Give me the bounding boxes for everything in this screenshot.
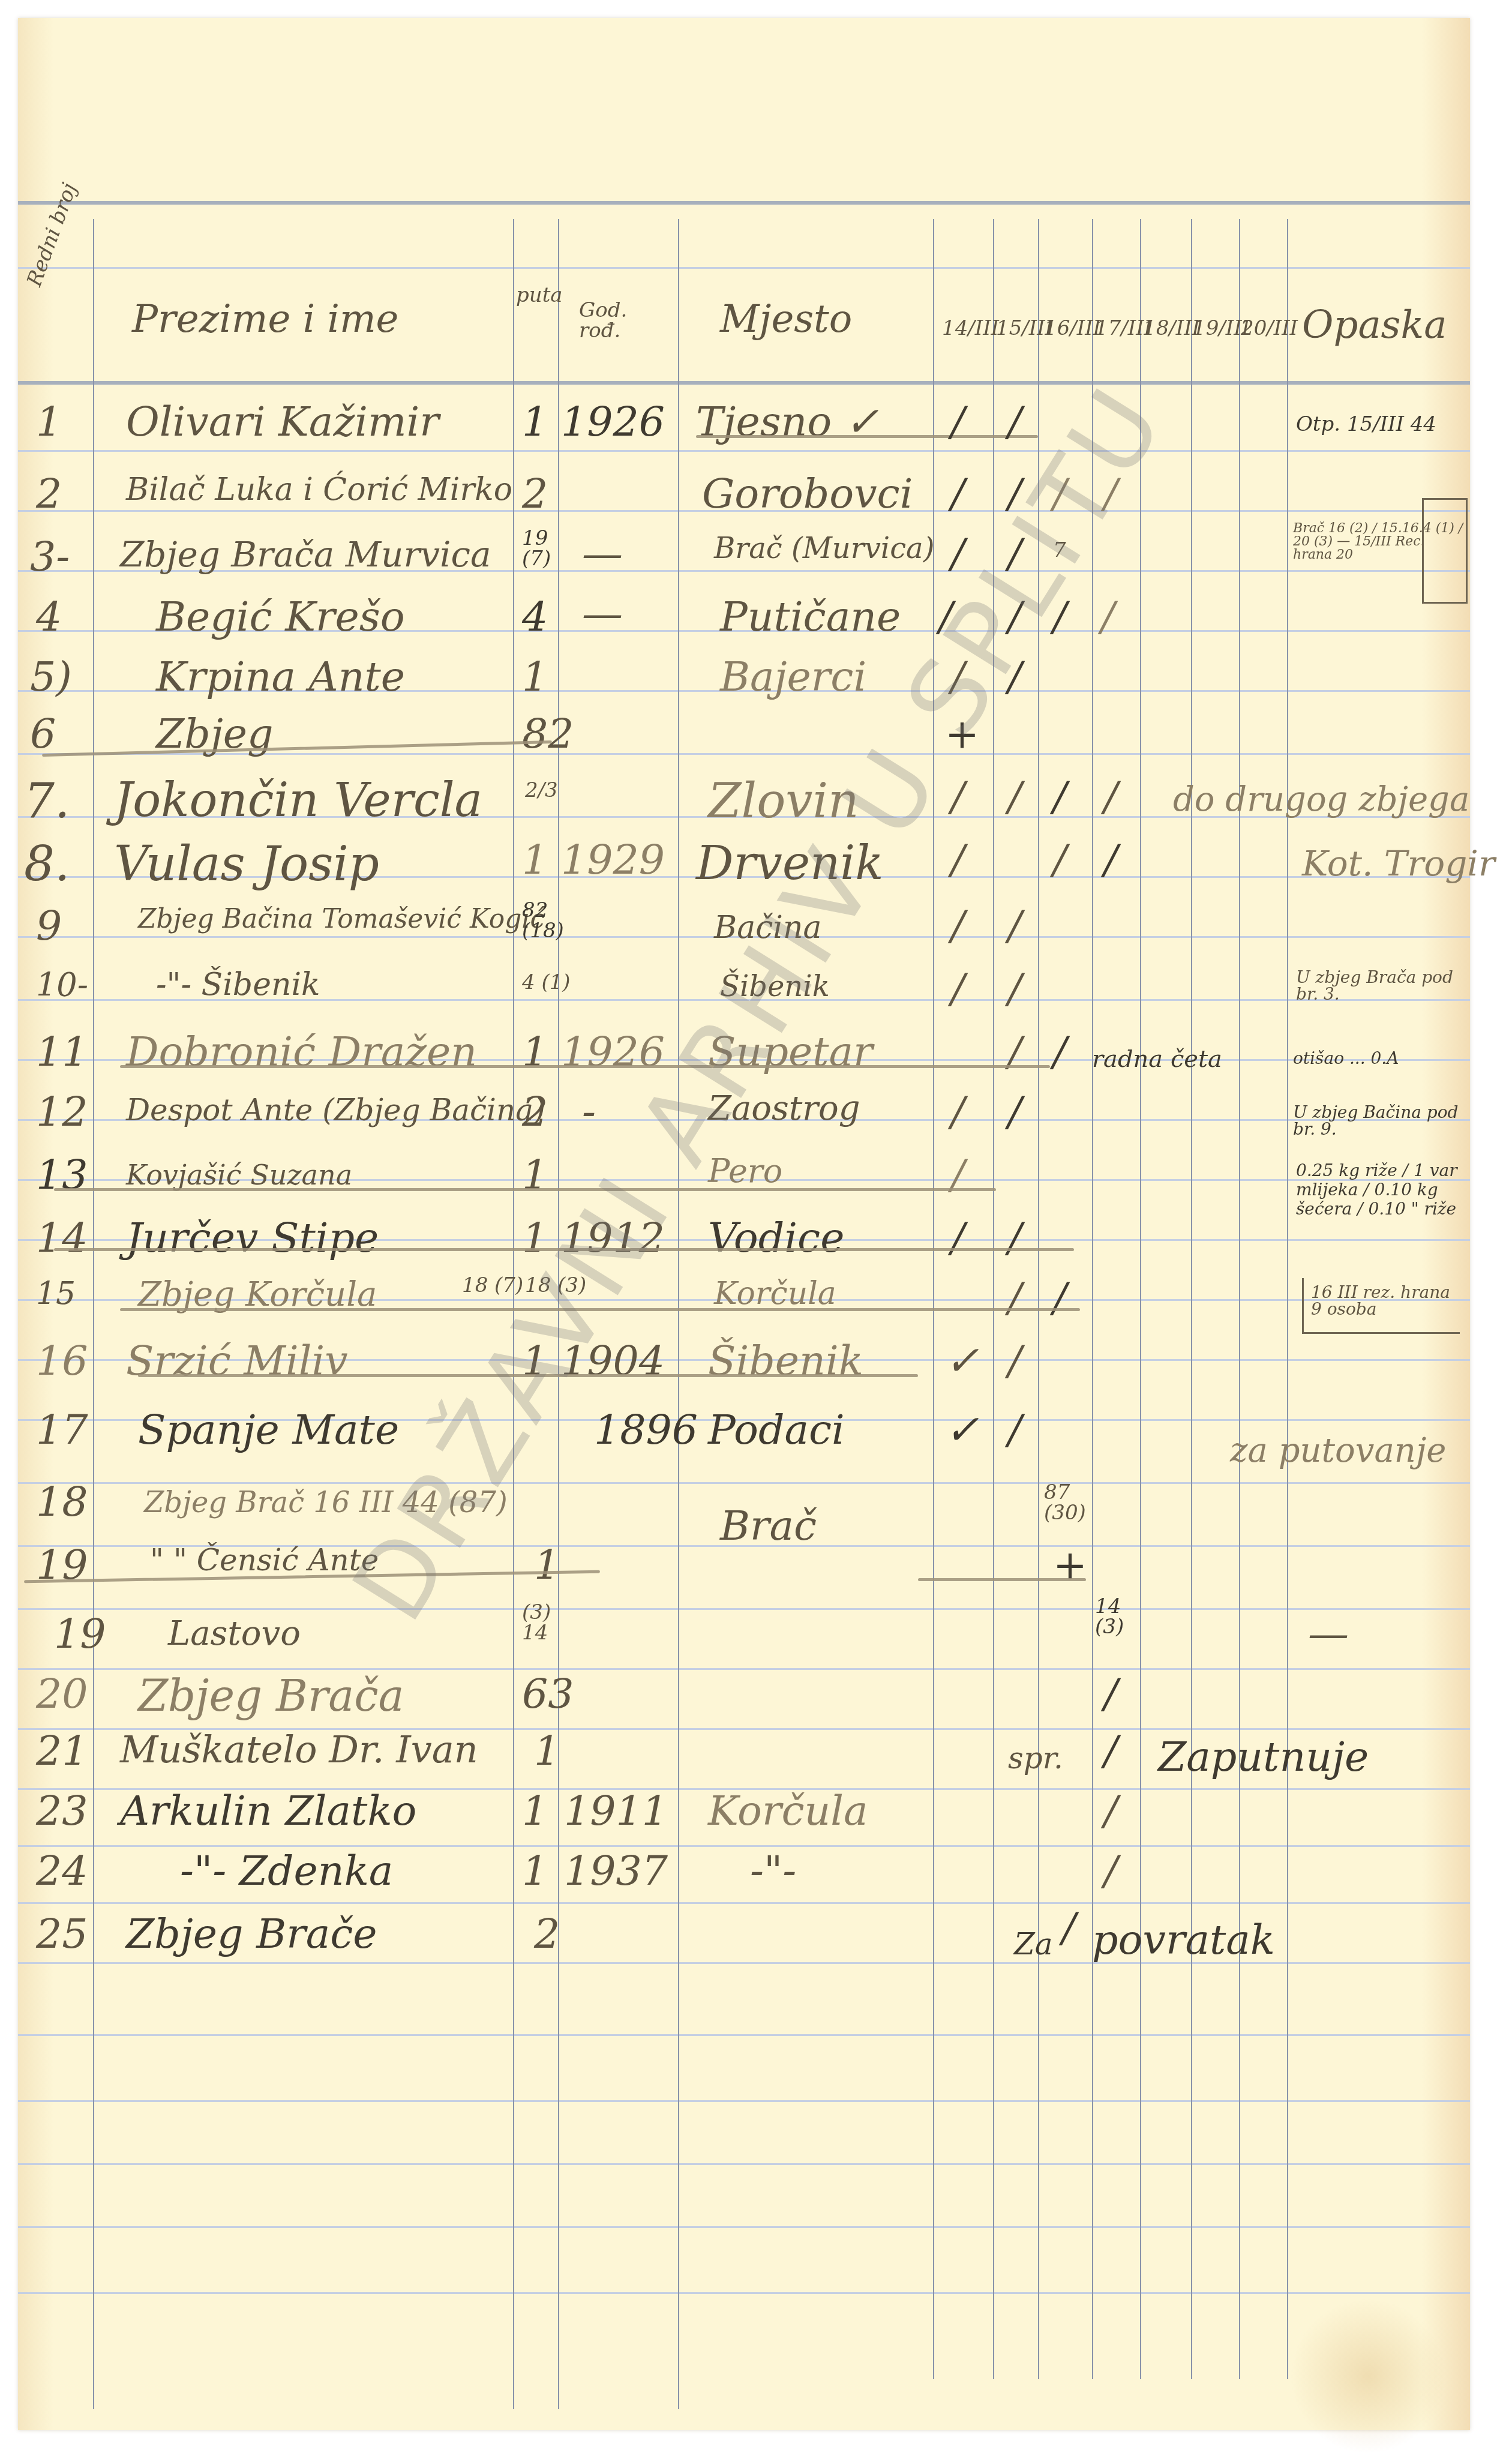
rule	[18, 267, 1470, 269]
rule	[18, 2163, 1470, 2165]
row-place: Bajerci	[720, 657, 866, 698]
row-name: Zbjeg Brače	[126, 1914, 377, 1955]
row-number: 21	[36, 1731, 88, 1772]
row-mark-d2: /	[1008, 1092, 1022, 1133]
row-mark-d1: ✓	[945, 1341, 979, 1382]
row-mark-d2: /	[1008, 402, 1022, 443]
rule	[18, 450, 1470, 452]
row-year: -	[582, 1092, 596, 1133]
header-birth-year: God. rođ.	[579, 300, 651, 341]
header-bottom-rule	[18, 381, 1470, 385]
rule	[18, 1668, 1470, 1670]
row-persons: 2	[522, 474, 548, 515]
row-mark-d3: /	[1053, 777, 1067, 818]
row-remark: do drugog zbjega	[1173, 783, 1469, 817]
row-mark-d3: /	[1053, 1032, 1067, 1073]
rule	[18, 2034, 1470, 2036]
row-persons: 2	[534, 1914, 560, 1955]
row-mark-d1: /	[951, 840, 965, 881]
row-number: 24	[36, 1851, 88, 1892]
row-place: Gorobovci	[702, 474, 913, 515]
row-persons: 1	[534, 1731, 560, 1772]
row-year: —	[582, 594, 623, 635]
row-place: -"-	[750, 1851, 796, 1892]
row-mark-d2: /	[1008, 1218, 1022, 1259]
row-name: Zbjeg Brača Murvica	[120, 537, 491, 572]
row-number: 17	[36, 1410, 88, 1451]
row-number: 1	[36, 402, 62, 443]
row-name: Despot Ante (Zbjeg Bačina)	[126, 1095, 545, 1125]
row-name: Lastovo	[168, 1617, 301, 1651]
row-name: Jokončin Vercla	[114, 777, 482, 824]
row-persons: 2	[522, 1092, 548, 1133]
row-mark-d1: /	[951, 1092, 965, 1133]
rule	[18, 2100, 1470, 2102]
rule	[18, 1608, 1470, 1610]
row-year: 1896	[594, 1410, 698, 1451]
row-name: Vulas Josip	[114, 840, 379, 888]
row-mark-place: Vodice	[708, 1218, 844, 1259]
rule	[18, 1845, 1470, 1847]
strikethrough	[120, 1065, 1050, 1068]
row-place: Brač (Murvica)	[714, 534, 934, 563]
row-persons: 4	[522, 597, 548, 638]
row-mark-d1: /	[951, 969, 965, 1010]
row-number: 8.	[24, 840, 70, 888]
remark-box	[1422, 498, 1468, 604]
row-mark-d2: /	[1008, 777, 1022, 818]
row-place: Korčula	[714, 1278, 836, 1309]
row-mark-d4: /	[1104, 840, 1118, 881]
row-number: 12	[36, 1092, 88, 1133]
row-number: 11	[36, 1032, 88, 1073]
row-remark: radna četa	[1092, 1047, 1222, 1071]
row-mark-d4: /	[1101, 597, 1115, 638]
header-remarks: Opaska	[1302, 306, 1447, 344]
row-number: 23	[36, 1791, 88, 1832]
row-mark-d1: /	[951, 474, 965, 515]
row-persons: 63	[522, 1674, 574, 1715]
rule	[18, 1902, 1470, 1904]
row-mark-d4: /	[1104, 1674, 1118, 1715]
row-name: Zbjeg Korčula	[138, 1278, 377, 1312]
row-mark-d4: /	[1104, 1791, 1118, 1832]
row-mark-d1: /	[951, 402, 965, 443]
row-remark: 0.25 kg riže / 1 var mlijeka / 0.10 kg š…	[1296, 1161, 1464, 1219]
header-date-3: 16/III	[1044, 318, 1101, 338]
header-date-7: 20/III	[1241, 318, 1298, 338]
header-persons: puta	[516, 285, 563, 305]
row-persons: 4 (1)	[522, 972, 571, 992]
row-name: Zbjeg Bačina Tomašević Kogić	[138, 906, 545, 932]
strikethrough	[696, 435, 1038, 438]
row-place: Brač	[720, 1506, 817, 1547]
row-mark-d4: /	[1104, 1851, 1118, 1892]
row-name: Olivari Kažimir	[126, 402, 439, 443]
row-number: 18	[36, 1482, 88, 1523]
row-persons: 1	[522, 657, 548, 698]
row-mark-d4: /	[1104, 1731, 1118, 1772]
row-year: —	[582, 534, 623, 575]
row-remark: —	[1308, 1614, 1349, 1655]
remark-box	[1302, 1278, 1460, 1334]
row-mark-d2: /	[1008, 1341, 1022, 1382]
row-place: Podaci	[708, 1410, 845, 1451]
row-mark-d1: /	[951, 1218, 965, 1259]
row-persons: 1	[522, 402, 548, 443]
row-number: 5)	[30, 657, 72, 698]
row-mark-d3: /	[1053, 840, 1067, 881]
column-rule	[1287, 219, 1288, 2379]
row-mark-d2: /	[1008, 1278, 1022, 1319]
row-mark-d2: /	[1008, 906, 1022, 947]
row-name: Muškatelo Dr. Ivan	[120, 1731, 478, 1768]
row-persons: (3) 14	[522, 1602, 558, 1643]
water-stain	[1290, 2298, 1446, 2454]
row-mark-d3: spr.	[1008, 1743, 1063, 1773]
row-mark-d3: Za	[1014, 1929, 1053, 1959]
row-number: 14	[36, 1218, 88, 1259]
rule	[18, 2292, 1470, 2294]
row-mark-d4: /	[1104, 777, 1118, 818]
row-persons: 1	[522, 1851, 548, 1892]
row-name: Begić Krešo	[156, 597, 405, 638]
row-mark-d3: /	[1053, 1278, 1067, 1319]
row-number: 2	[36, 474, 62, 515]
row-mark-d2: /	[1008, 969, 1022, 1010]
row-number: 3-	[30, 537, 70, 578]
row-number: 16	[36, 1341, 88, 1382]
row-number: 9	[36, 906, 62, 947]
row-remark: Kot. Trogir	[1302, 846, 1495, 881]
row-place: Putičane	[720, 597, 901, 638]
row-year: 1929	[561, 840, 665, 881]
row-year: 1937	[564, 1851, 668, 1892]
row-persons: 1	[522, 1791, 548, 1832]
column-rule	[1140, 219, 1141, 2379]
row-mark-d2: /	[1008, 1410, 1022, 1451]
row-name: -"- Šibenik	[156, 969, 320, 1000]
column-rule	[93, 219, 94, 2409]
row-number: 4	[36, 597, 62, 638]
row-name: Krpina Ante	[156, 657, 405, 698]
row-remark: povratak	[1092, 1920, 1275, 1961]
row-number: 19	[54, 1614, 106, 1655]
row-number: 20	[36, 1674, 88, 1715]
row-persons: 1	[522, 840, 548, 881]
row-mark-d1: ✓	[945, 1410, 979, 1451]
row-name: Bilač Luka i Ćorić Mirko	[126, 474, 512, 505]
strikethrough	[918, 1578, 1086, 1581]
row-mark-d4: /	[1062, 1908, 1076, 1949]
row-persons: 19 (7)	[522, 528, 558, 569]
header-row-no: Redni broj	[24, 181, 80, 289]
row-name: Arkulin Zlatko	[120, 1791, 417, 1832]
header-date-5: 18/III	[1143, 318, 1200, 338]
row-persons: 2/3	[525, 780, 558, 800]
row-remark: Otp. 15/III 44	[1296, 414, 1436, 434]
row-remark: U zbjeg Brača pod br. 3.	[1296, 969, 1464, 1003]
row-number: 6	[30, 714, 56, 755]
row-place: Korčula	[708, 1791, 868, 1832]
row-remark: za putovanje	[1230, 1434, 1446, 1468]
rule	[18, 2226, 1470, 2228]
row-name: Zbjeg Brača	[138, 1674, 404, 1717]
header-place: Mjesto	[720, 300, 852, 338]
ledger-page: Redni broj Prezime i ime puta God. rođ. …	[18, 18, 1470, 2430]
row-number: 10-	[36, 969, 88, 1001]
row-name: Spanje Mate	[138, 1410, 399, 1451]
row-year: 1911	[564, 1791, 668, 1832]
header-date-1: 14/III	[942, 318, 999, 338]
row-persons: 82 (18)	[522, 900, 558, 941]
row-name: Kovjašić Suzana	[126, 1161, 352, 1189]
row-mark-d1: /	[951, 906, 965, 947]
column-rule	[678, 219, 679, 2409]
header-top-rule	[18, 201, 1470, 205]
row-mark-d3: 87 (30)	[1044, 1482, 1080, 1523]
strikethrough	[54, 1188, 996, 1191]
column-rule	[1239, 219, 1240, 2379]
row-number: 15	[36, 1278, 76, 1309]
row-name: -"- Zdenka	[180, 1851, 393, 1892]
row-remark: U zbjeg Bačina pod br. 9.	[1293, 1104, 1461, 1138]
row-number: 7.	[24, 777, 70, 825]
row-number: 25	[36, 1914, 88, 1955]
row-remark: Zaputnuje	[1158, 1737, 1369, 1778]
rule	[18, 1482, 1470, 1484]
row-persons: 1	[534, 1545, 560, 1586]
column-rule	[1191, 219, 1192, 2379]
row-name: Jurčev Stipe	[126, 1218, 379, 1259]
row-year: 1926	[561, 402, 665, 443]
row-mark-d4: 14 (3)	[1095, 1596, 1131, 1637]
row-persons: 82	[522, 714, 574, 755]
row-remark-2: otišao ... 0.A	[1293, 1050, 1399, 1067]
header-name: Prezime i ime	[132, 300, 398, 338]
